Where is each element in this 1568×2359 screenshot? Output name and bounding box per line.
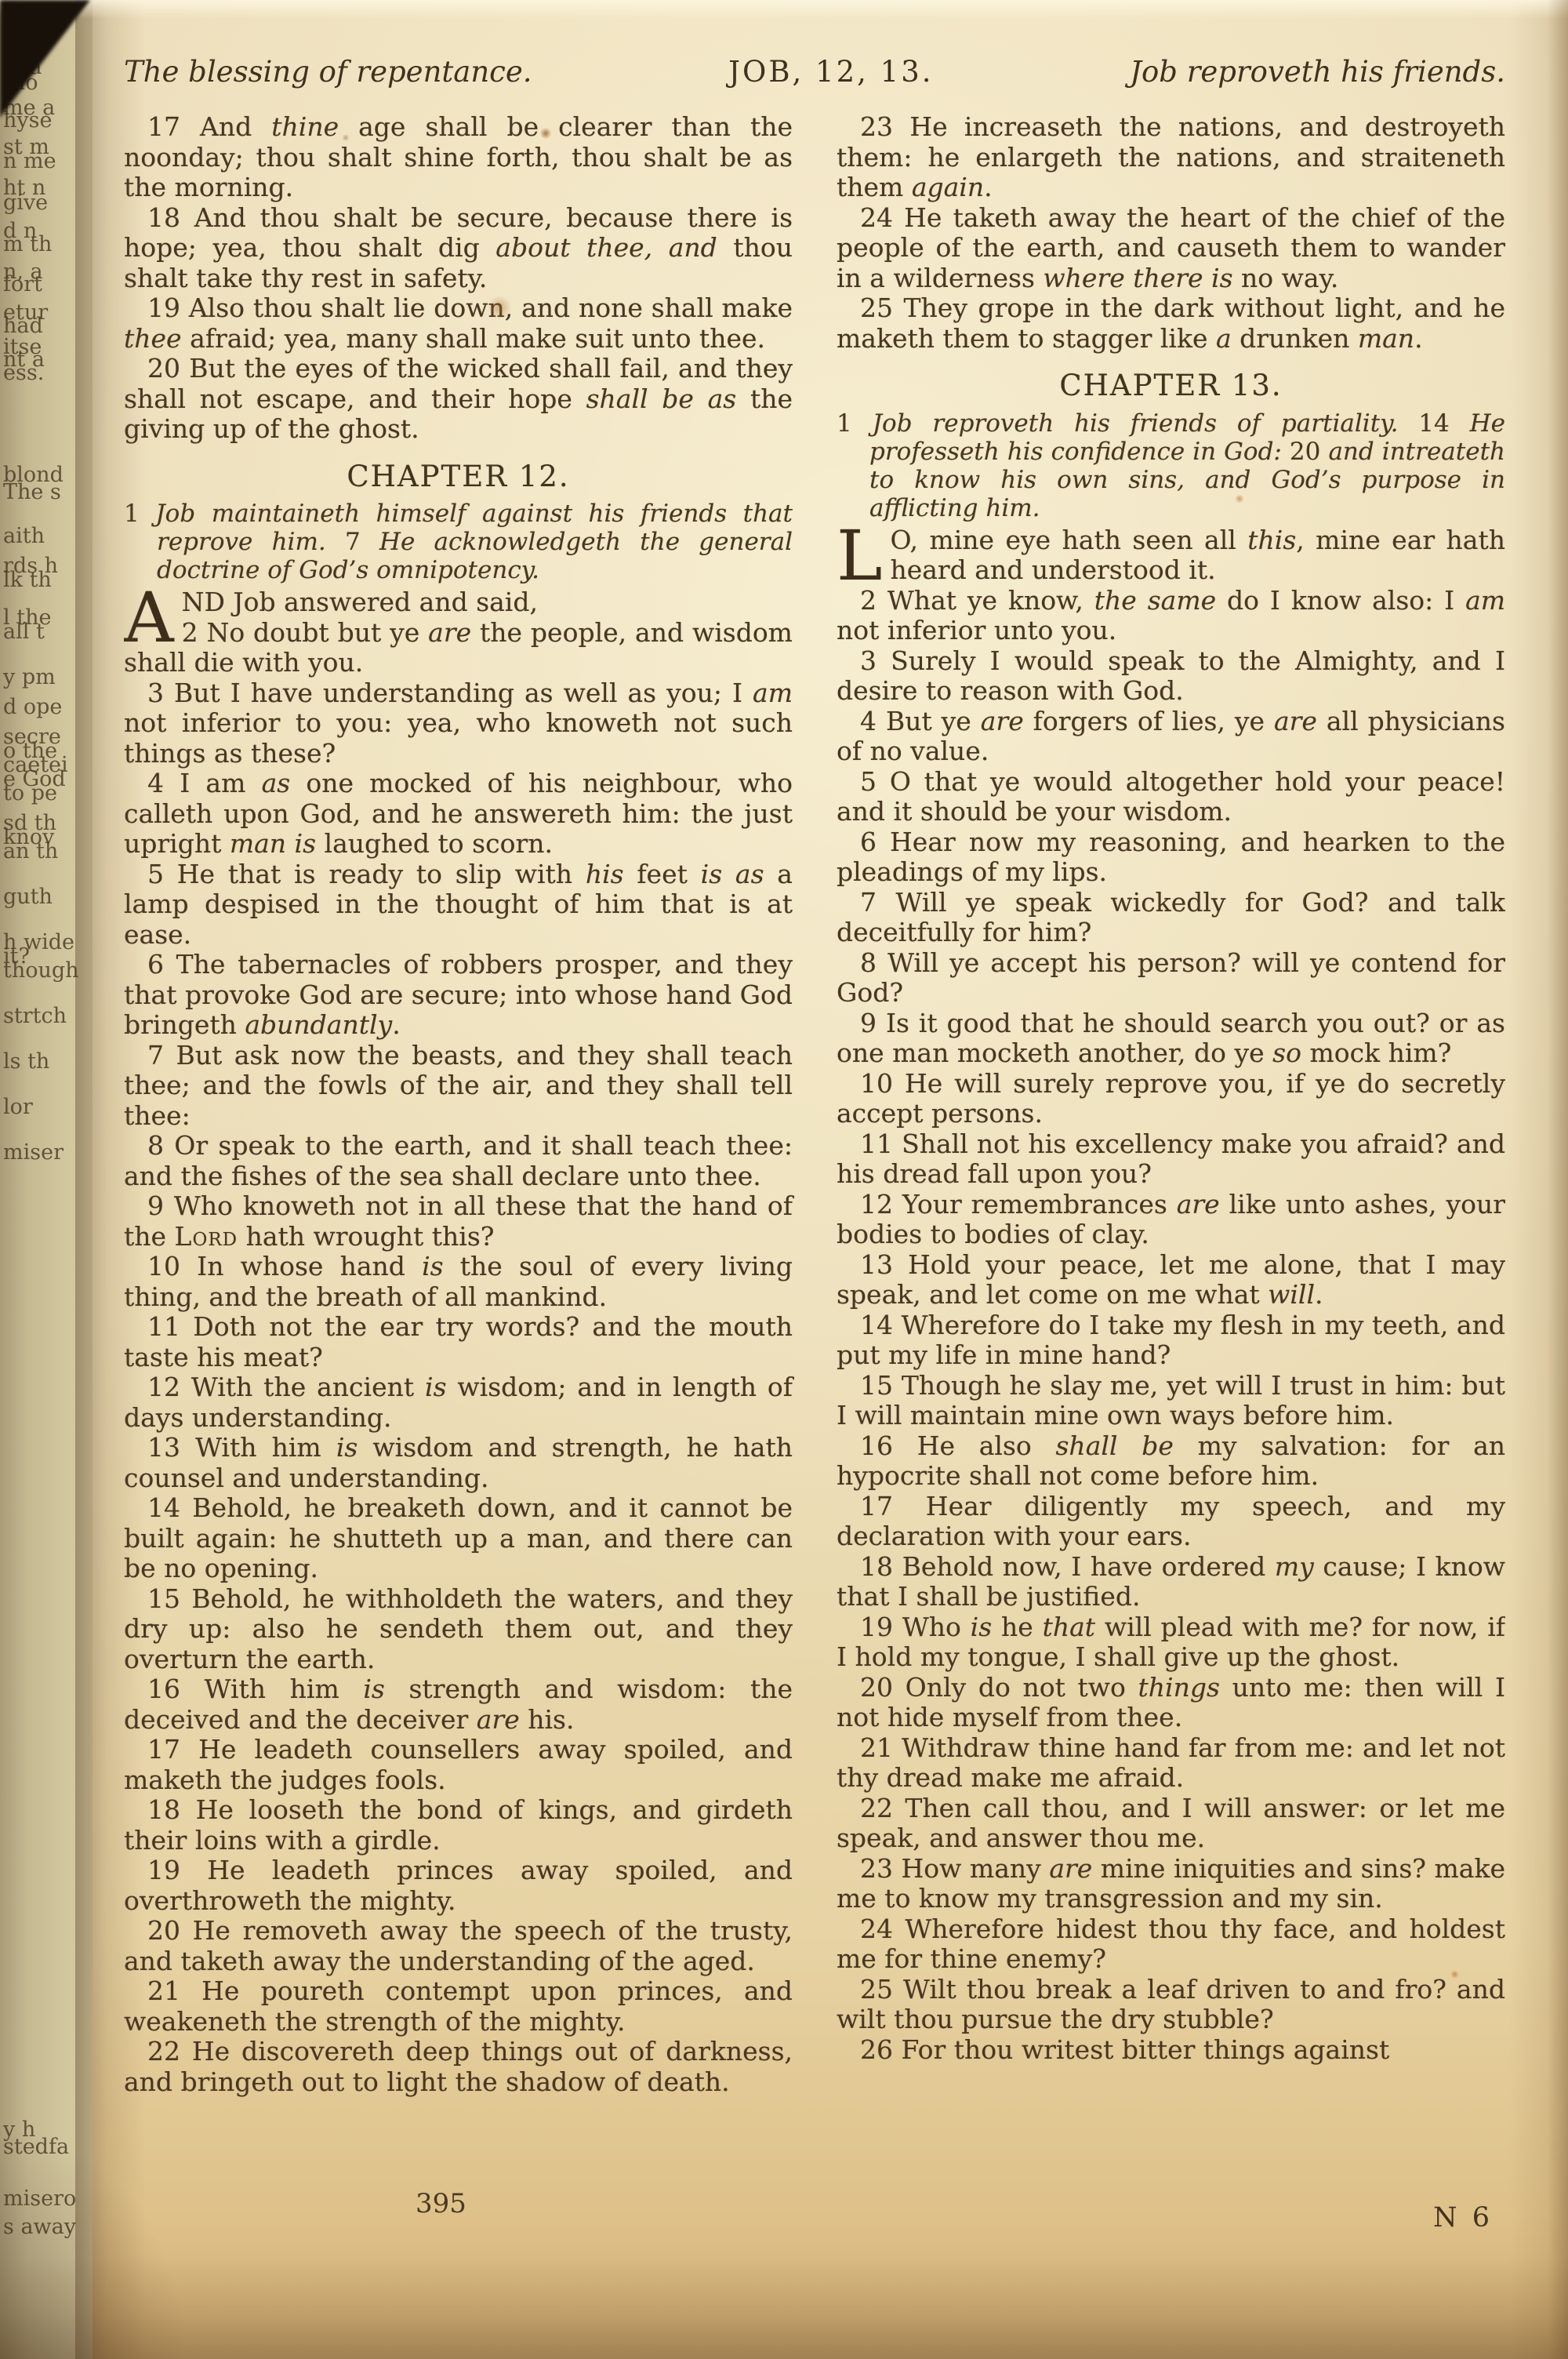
verse: 8 Or speak to the earth, and it shall te… — [124, 1131, 793, 1191]
gutter-text-fragment: give — [3, 191, 48, 215]
verse-text: With the ancient — [191, 1372, 425, 1402]
verse: 3 Surely I would speak to the Almighty, … — [837, 646, 1505, 707]
verse-text: Your remembrances — [902, 1189, 1177, 1219]
verse: 19 He leadeth princes away spoiled, and … — [124, 1856, 793, 1916]
verse-number: 13 — [860, 1249, 908, 1280]
verse-text: Will ye speak wickedly for God? and talk… — [837, 887, 1505, 948]
italic-word: so — [1272, 1038, 1301, 1068]
verse-number: 3 — [860, 645, 891, 676]
verse-number: 20 — [860, 1672, 906, 1703]
verse-text: . — [984, 172, 993, 202]
verse: 12 Your remembrances are like unto ashes… — [837, 1190, 1505, 1250]
verse: 20 He removeth away the speech of the tr… — [124, 1916, 793, 1976]
verse-text: 20 — [1290, 438, 1329, 466]
verse-text: not inferior to you: yea, who knoweth no… — [124, 707, 793, 769]
verse-text: He looseth the bond of kings, and girdet… — [124, 1794, 793, 1856]
verse-number: 2 — [860, 585, 887, 616]
italic-word: things — [1138, 1672, 1220, 1703]
verse: 17 And thine age shall be clearer than t… — [124, 112, 793, 203]
verse: 9 Who knoweth not in all these that the … — [124, 1191, 793, 1252]
verse: 24 Wherefore hidest thou thy face, and h… — [837, 1914, 1505, 1975]
verse: 2 No doubt but ye are the people, and wi… — [124, 618, 793, 678]
verse-number: 21 — [147, 1976, 201, 2006]
italic-word: man is — [230, 828, 316, 859]
gutter-text-fragment: an th — [3, 839, 58, 863]
italic-word: shall be as — [586, 383, 737, 414]
verse-number: 20 — [147, 353, 189, 383]
verse-number: 6 — [147, 949, 176, 980]
verse-text: How many — [902, 1853, 1050, 1884]
italic-word: the same — [1094, 585, 1216, 616]
verse-text: forgers of lies, ye — [1024, 706, 1274, 736]
italic-word: is — [971, 1612, 993, 1642]
italic-word: thine — [271, 112, 339, 142]
italic-word: where there is — [1043, 263, 1232, 293]
verse: ND Job answered and said, — [124, 587, 793, 618]
running-head-right: Job reproveth his friends. — [1130, 55, 1505, 89]
italic-word: are — [428, 617, 471, 648]
verse-number: 4 — [860, 706, 886, 736]
verse-text: Will ye accept his person? will ye conte… — [837, 947, 1505, 1009]
verse-number: 14 — [147, 1492, 192, 1523]
italic-word: are — [981, 706, 1024, 736]
verse: 10 He will surely reprove you, if ye do … — [837, 1069, 1505, 1129]
verse-number: 17 — [860, 1491, 926, 1521]
verse-number: 7 — [860, 887, 896, 918]
verse-number: 24 — [860, 1914, 905, 1944]
verse-text: For thou writest bitter things against — [901, 2034, 1389, 2065]
verse-text: O that ye would altogether hold your pea… — [837, 766, 1505, 827]
verse: 25 They grope in the dark without light,… — [837, 293, 1505, 354]
running-head-left: The blessing of repentance. — [124, 55, 532, 89]
verse-text: Behold now, I have ordered — [902, 1551, 1275, 1582]
verse: 11 Doth not the ear try words? and the m… — [124, 1312, 793, 1372]
verse-number: 25 — [860, 1974, 903, 2005]
verse: 17 Hear diligently my speech, and my dec… — [837, 1492, 1505, 1552]
verse-number: 5 — [147, 859, 177, 889]
verse: 19 Also thou shalt lie down, and none sh… — [124, 293, 793, 354]
verse: 8 Will ye accept his person? will ye con… — [837, 948, 1505, 1009]
italic-word: about thee, and — [495, 232, 717, 263]
verse: 23 How many are mine iniquities and sins… — [837, 1854, 1505, 1914]
verse-text: He leadeth counsellers away spoiled, and… — [124, 1734, 793, 1795]
verse-text: 7 — [326, 528, 379, 556]
gutter-text-fragment: lor — [3, 1095, 33, 1119]
gutter-text-fragment: though — [3, 958, 79, 983]
verse: O, mine eye hath seen all this, mine ear… — [837, 525, 1505, 586]
verse-number: 18 — [147, 1794, 196, 1825]
right-edge-shadow — [1548, 0, 1568, 2359]
verse-number: 2 — [182, 617, 207, 648]
verse-text: Then call thou, and I will answer: or le… — [837, 1793, 1505, 1854]
verse-text: Wilt thou break a leaf driven to and fro… — [837, 1974, 1505, 2035]
verse-text: feet — [624, 859, 701, 889]
verse: 13 With him is wisdom and strength, he h… — [124, 1433, 793, 1493]
gutter-text-fragment: to pe — [3, 781, 57, 805]
gutter-text-fragment: lk th — [3, 568, 52, 592]
verse: 16 With him is strength and wisdom: the … — [124, 1674, 793, 1735]
verse-number: 17 — [147, 1734, 198, 1765]
verse-text: Only do not two — [906, 1672, 1138, 1703]
dropcap-verse-group: LO, mine eye hath seen all this, mine ea… — [837, 525, 1505, 586]
verse-number: 19 — [147, 293, 189, 323]
verse-text: no way. — [1233, 263, 1339, 293]
verse-number: 16 — [860, 1430, 917, 1461]
running-head: The blessing of repentance. JOB, 12, 13.… — [124, 55, 1505, 89]
verse-text: . — [1315, 1279, 1323, 1310]
verse-number: 22 — [860, 1793, 905, 1823]
verse-text: O, mine eye hath seen all — [890, 525, 1247, 555]
verse-text: Also thou shalt lie down, and none shall… — [189, 293, 793, 323]
italic-word: is — [425, 1372, 447, 1402]
verse-number: 11 — [147, 1311, 193, 1342]
verse-text: Withdraw thine hand far from me: and let… — [837, 1732, 1505, 1794]
verse-number: 23 — [860, 112, 909, 142]
verse-text: He that is ready to slip with — [177, 859, 586, 889]
gutter-text-fragment: m th — [3, 232, 52, 256]
verse: 5 He that is ready to slip with his feet… — [124, 860, 793, 951]
italic-word: my — [1275, 1551, 1314, 1582]
verse: 19 Who is he that will plead with me? fo… — [837, 1612, 1505, 1673]
italic-word: is — [336, 1432, 358, 1463]
gutter-text-fragment: ess. — [3, 361, 44, 385]
verse: 12 With the ancient is wisdom; and in le… — [124, 1372, 793, 1433]
verse-text: drunken — [1232, 323, 1358, 354]
italic-word: that — [1043, 1612, 1095, 1642]
italic-word: am — [1465, 585, 1505, 616]
verse-number: 14 — [860, 1310, 902, 1340]
gutter-text-fragment: aith — [3, 524, 45, 548]
signature-mark: N 6 — [1433, 2202, 1493, 2234]
verse-text: Hear diligently my speech, and my declar… — [837, 1491, 1505, 1552]
verse-text: Behold, he breaketh down, and it cannot … — [124, 1492, 793, 1583]
verse-number: 9 — [860, 1008, 886, 1038]
verse-number: 3 — [147, 678, 174, 708]
verse-text: . — [392, 1009, 401, 1040]
chapter-heading: CHAPTER 12. — [124, 462, 793, 493]
gutter-text-fragment: miser — [3, 1140, 64, 1165]
bottom-edge-shadow — [0, 2257, 1568, 2359]
verse-number: 9 — [147, 1190, 174, 1221]
verse-number: 4 — [147, 768, 180, 798]
italic-word: is — [363, 1674, 385, 1704]
verse-text: He will surely reprove you, if ye do sec… — [837, 1068, 1505, 1129]
verse-text: But ask now the beasts, and they shall t… — [124, 1040, 793, 1131]
verse: 23 He increaseth the nations, and destro… — [837, 112, 1505, 203]
italic-word: are — [1049, 1853, 1092, 1884]
italic-word: abundantly — [245, 1009, 392, 1040]
verse: 4 But ye are forgers of lies, ye are all… — [837, 707, 1505, 767]
verse-number: 8 — [860, 947, 887, 978]
italic-word: are — [1177, 1189, 1220, 1219]
verse: 9 Is it good that he should search you o… — [837, 1009, 1505, 1069]
gutter-text-fragment: fort — [3, 272, 42, 296]
verse-text: He also — [917, 1430, 1056, 1461]
chapter-summary: 1 Job reproveth his friends of partialit… — [837, 409, 1505, 522]
verse-number: 15 — [147, 1583, 191, 1614]
verse: 21 He poureth contempt upon princes, and… — [124, 1976, 793, 2037]
verse: 22 Then call thou, and I will answer: or… — [837, 1794, 1505, 1854]
verse-text: Wherefore do I take my flesh in my teeth… — [837, 1310, 1505, 1371]
verse-text: 14 — [1398, 409, 1469, 438]
verse-number: 17 — [147, 112, 200, 142]
verse-number: 20 — [147, 1915, 193, 1946]
verse-text: But I have understanding as well as you;… — [174, 678, 753, 708]
dropcap-verse-group: AND Job answered and said,2 No doubt but… — [124, 587, 793, 678]
verse-number: 21 — [860, 1732, 902, 1763]
verse-text: laughed to scorn. — [316, 828, 553, 859]
gutter-text-fragment: all t — [3, 620, 45, 644]
italic-word: his — [586, 859, 624, 889]
verse-text: . — [1414, 323, 1423, 354]
verse-text: do I know also: I — [1216, 585, 1465, 616]
verse: 4 I am as one mocked of his neighbour, w… — [124, 769, 793, 860]
verse-number: 8 — [147, 1130, 174, 1161]
verse-text: Hear now my reasoning, and hearken to th… — [837, 827, 1505, 888]
verse-number: 18 — [860, 1551, 902, 1582]
verse-text: And — [200, 112, 271, 142]
verse-text: Who — [902, 1612, 971, 1642]
verse-text: In whose hand — [197, 1251, 422, 1281]
verse-number: 25 — [860, 293, 904, 323]
verse: 15 Behold, he withholdeth the waters, an… — [124, 1584, 793, 1675]
verse-text: He leadeth princes away spoiled, and ove… — [124, 1855, 793, 1916]
italic-word: is as — [701, 859, 764, 889]
chapter-summary: 1 Job maintaineth himself against his fr… — [124, 500, 793, 584]
verse-text: he — [992, 1612, 1042, 1642]
verse-number: 6 — [860, 827, 890, 857]
verse: 6 Hear now my reasoning, and hearken to … — [837, 827, 1505, 888]
verse: 18 And thou shalt be secure, because the… — [124, 203, 793, 294]
verse: 11 Shall not his excellency make you afr… — [837, 1129, 1505, 1190]
verse-text: hath wrought this? — [238, 1221, 494, 1252]
italic-word: a — [1216, 323, 1232, 354]
verse: 6 The tabernacles of robbers prosper, an… — [124, 950, 793, 1041]
verse-text: Or speak to the earth, and it shall teac… — [124, 1130, 793, 1191]
gutter-text-fragment: n me — [3, 149, 56, 173]
italic-word: will — [1268, 1279, 1315, 1310]
italic-word: Job reproveth his friends of partiality. — [873, 409, 1399, 438]
italic-word: man — [1358, 323, 1414, 354]
verse: 5 O that ye would altogether hold your p… — [837, 767, 1505, 827]
verse: 18 He looseth the bond of kings, and gir… — [124, 1795, 793, 1856]
verse: 14 Behold, he breaketh down, and it cann… — [124, 1493, 793, 1584]
page-surface: The blessing of repentance. JOB, 12, 13.… — [93, 0, 1568, 2359]
verse-text: With him — [205, 1674, 364, 1704]
verse: 7 But ask now the beasts, and they shall… — [124, 1041, 793, 1132]
dark-corner-top-left — [0, 0, 90, 118]
gutter-text-fragment: strtch — [3, 1004, 67, 1028]
verse-number: 10 — [860, 1068, 905, 1099]
verse-text: He poureth contempt upon princes, and we… — [124, 1976, 793, 2037]
verse-text: What ye know, — [887, 585, 1094, 616]
verse-text: The tabernacles of robbers prosper, and … — [124, 949, 793, 1040]
verse: 25 Wilt thou break a leaf driven to and … — [837, 1975, 1505, 2035]
verse-text: Though he slay me, yet will I trust in h… — [837, 1370, 1505, 1431]
verse: 16 He also shall be my salvation: for an… — [837, 1431, 1505, 1492]
book-page-photo: balld ifheathome ahysest mn meht ngived … — [0, 0, 1568, 2359]
gutter-text-fragment: d ope — [3, 695, 62, 719]
verse-text: his. — [520, 1704, 575, 1735]
verse-number: 10 — [147, 1251, 197, 1281]
gutter-text-fragment: y pm — [3, 665, 56, 689]
running-head-center: JOB, 12, 13. — [728, 55, 933, 89]
verse: 18 Behold now, I have ordered my cause; … — [837, 1552, 1505, 1612]
italic-word: am — [753, 678, 793, 708]
italic-word: as — [262, 768, 291, 798]
italic-word: are — [1274, 706, 1317, 736]
page-number: 395 — [416, 2188, 466, 2219]
column-right: 23 He increaseth the nations, and destro… — [837, 112, 1505, 2189]
page-content: The blessing of repentance. JOB, 12, 13.… — [124, 55, 1505, 2189]
verse-number: 12 — [860, 1189, 902, 1219]
italic-word: are — [477, 1704, 520, 1735]
verse-number: 18 — [147, 202, 194, 233]
verse-number: 23 — [860, 1853, 902, 1884]
verse: 3 But I have understanding as well as yo… — [124, 678, 793, 769]
verse: 13 Hold your peace, let me alone, that I… — [837, 1250, 1505, 1310]
verse-number: 19 — [860, 1612, 902, 1642]
verse-number: 26 — [860, 2034, 901, 2065]
verse: 24 He taketh away the heart of the chief… — [837, 203, 1505, 294]
italic-word: shall be — [1056, 1430, 1174, 1461]
italic-word: is — [422, 1251, 444, 1281]
gutter-fold-shadow — [75, 0, 146, 2359]
verse-text: Doth not the ear try words? and the mout… — [124, 1311, 793, 1372]
small-caps-word: Lord — [175, 1221, 238, 1252]
verse-text: Hold your peace, let me alone, that I ma… — [837, 1249, 1505, 1310]
verse: 20 But the eyes of the wicked shall fail… — [124, 354, 793, 445]
verse: 2 What ye know, the same do I know also:… — [837, 586, 1505, 646]
verse-number: 19 — [147, 1855, 207, 1885]
gutter-text-fragment: guth — [3, 885, 53, 909]
verse: 20 Only do not two things unto me: then … — [837, 1673, 1505, 1733]
verse-text: No doubt but ye — [206, 617, 428, 648]
verse: 7 Will ye speak wickedly for God? and ta… — [837, 888, 1505, 948]
text-columns: 17 And thine age shall be clearer than t… — [124, 112, 1505, 2189]
chapter-heading: CHAPTER 13. — [837, 371, 1505, 402]
drop-cap: L — [837, 525, 890, 582]
verse-number: 11 — [860, 1129, 902, 1159]
verse: 15 Though he slay me, yet will I trust i… — [837, 1371, 1505, 1431]
verse: 14 Wherefore do I take my flesh in my te… — [837, 1310, 1505, 1371]
verse-number: 12 — [147, 1372, 191, 1402]
column-left: 17 And thine age shall be clearer than t… — [124, 112, 793, 2189]
verse-text: But ye — [886, 706, 981, 736]
gutter-text-fragment: The s — [3, 480, 61, 504]
top-edge-highlight — [0, 0, 1568, 19]
verse-text: not inferior unto you. — [837, 615, 1116, 645]
verse-text: 1 — [837, 409, 873, 438]
verse-text: Shall not his excellency make you afraid… — [837, 1129, 1505, 1190]
verse: 10 In whose hand is the soul of every li… — [124, 1252, 793, 1312]
verse-text: With him — [195, 1432, 336, 1463]
verse-text: mock him? — [1301, 1038, 1451, 1068]
verse: 21 Withdraw thine hand far from me: and … — [837, 1733, 1505, 1794]
verse-number: 5 — [860, 766, 890, 797]
verse-text: Surely I would speak to the Almighty, an… — [837, 645, 1505, 707]
italic-word: this — [1247, 525, 1296, 555]
verse-number: 16 — [147, 1674, 205, 1704]
verse: 26 For thou writest bitter things agains… — [837, 2035, 1505, 2066]
verse-number: 13 — [147, 1432, 195, 1463]
verse-number: 7 — [147, 1040, 176, 1070]
verse-text: Behold, he withholdeth the waters, and t… — [124, 1583, 793, 1674]
verse-text: afraid; yea, many shall make suit unto t… — [182, 323, 765, 354]
italic-word: again — [912, 172, 984, 202]
gutter-text-fragment: ls th — [3, 1049, 49, 1074]
verse-number: 24 — [860, 202, 904, 233]
verse-text: Wherefore hidest thou thy face, and hold… — [837, 1914, 1505, 1975]
verse-text: ND Job answered and said, — [182, 587, 538, 617]
verse-text: I am — [180, 768, 261, 798]
verse: 17 He leadeth counsellers away spoiled, … — [124, 1735, 793, 1795]
verse-number: 15 — [860, 1370, 902, 1401]
verse-text: He removeth away the speech of the trust… — [124, 1915, 793, 1976]
